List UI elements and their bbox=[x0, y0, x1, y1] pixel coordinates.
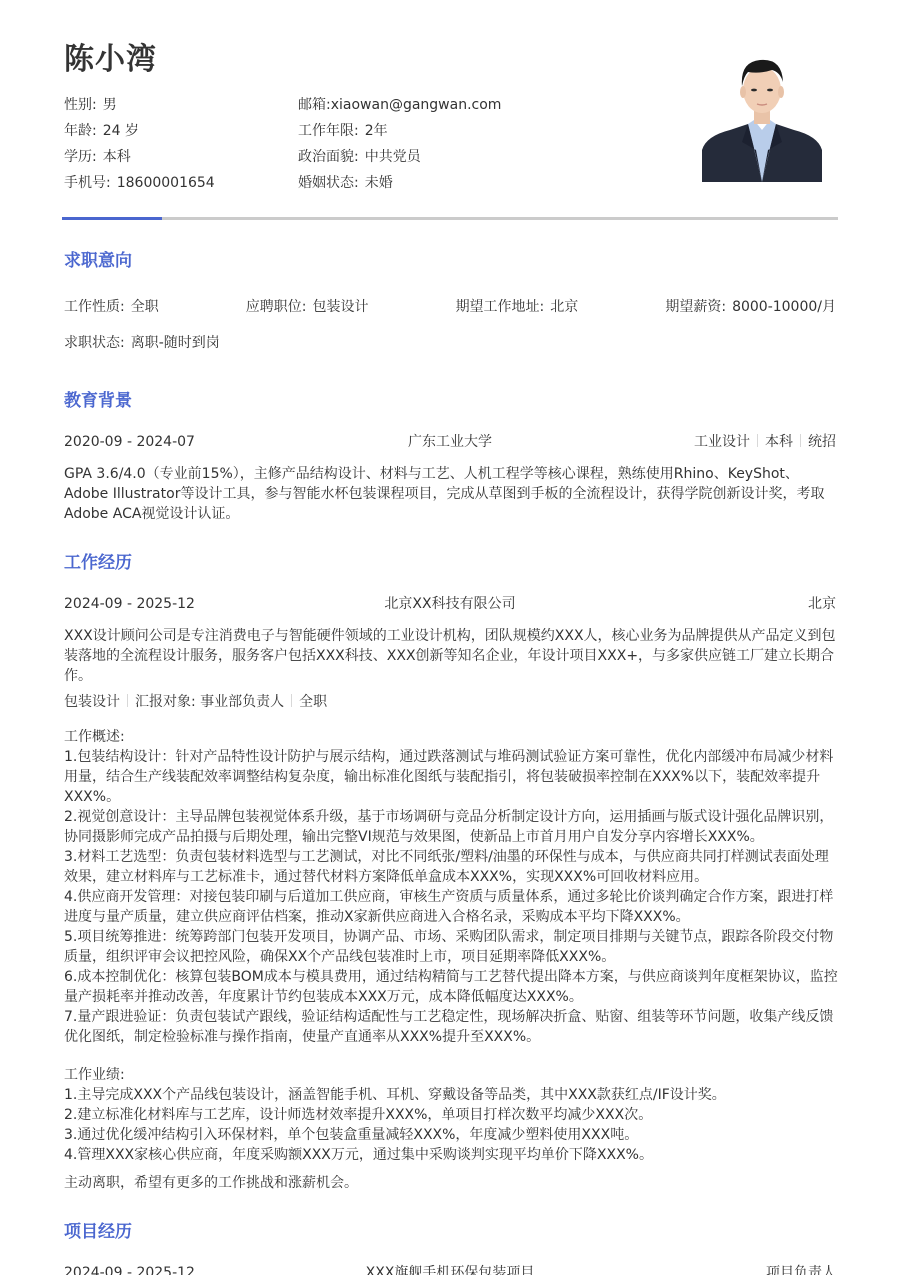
education-description: GPA 3.6/4.0（专业前15%），主修产品结构设计、材料与工艺、人机工程学… bbox=[64, 464, 838, 524]
info-age: 年龄:24 岁 bbox=[64, 120, 215, 146]
achievement-item: 2.建立标准化材料库与工艺库，设计师选材效率提升XXX%，单项目打样次数平均减少… bbox=[64, 1105, 838, 1125]
intent-location: 期望工作地址:北京 bbox=[456, 297, 579, 317]
intent-value: 8000-10000/月 bbox=[732, 299, 836, 315]
info-value: 男 bbox=[103, 97, 117, 113]
intent-value: 包装设计 bbox=[313, 299, 369, 315]
divider bbox=[800, 434, 801, 447]
info-label: 婚姻状态: bbox=[298, 175, 359, 191]
education-degree: 本科 bbox=[765, 434, 793, 450]
work-date: 2024-09 - 2025-12 bbox=[64, 594, 195, 614]
info-label: 邮箱: bbox=[298, 97, 331, 113]
info-value: xiaowan@gangwan.com bbox=[331, 97, 502, 113]
section-title-job-intent: 求职意向 bbox=[64, 249, 132, 273]
intent-label: 期望工作地址: bbox=[456, 299, 545, 315]
education-details: 工业设计本科统招 bbox=[694, 432, 836, 452]
info-value: 18600001654 bbox=[117, 175, 215, 191]
divider bbox=[291, 694, 292, 707]
overview-item: 5.项目统筹推进：统筹跨部门包装开发项目，协调产品、市场、采购团队需求，制定项目… bbox=[64, 927, 838, 967]
overview-item: 2.视觉创意设计：主导品牌包装视觉体系升级，基于市场调研与竞品分析制定设计方向，… bbox=[64, 807, 838, 847]
info-value: 2年 bbox=[365, 123, 388, 139]
info-value: 中共党员 bbox=[365, 149, 421, 165]
intent-label: 期望薪资: bbox=[665, 299, 726, 315]
info-label: 工作年限: bbox=[298, 123, 359, 139]
leave-reason: 主动离职，希望有更多的工作挑战和涨薪机会。 bbox=[64, 1173, 838, 1193]
info-label: 性别: bbox=[64, 97, 97, 113]
info-email: 邮箱:xiaowan@gangwan.com bbox=[298, 94, 501, 120]
info-value: 本科 bbox=[103, 149, 131, 165]
intent-job-type: 工作性质:全职 bbox=[64, 297, 159, 317]
intent-salary: 期望薪资:8000-10000/月 bbox=[665, 297, 836, 317]
company-intro: XXX设计顾问公司是专注消费电子与智能硬件领域的工业设计机构，团队规模约XXX人… bbox=[64, 626, 838, 686]
achievement-item: 1.主导完成XXX个产品线包装设计，涵盖智能手机、耳机、穿戴设备等品类，其中XX… bbox=[64, 1085, 838, 1105]
overview-item: 3.材料工艺选型：负责包装材料选型与工艺测试，对比不同纸张/塑料/油墨的环保性与… bbox=[64, 847, 838, 887]
basic-info-left: 性别:男 年龄:24 岁 学历:本科 手机号:18600001654 bbox=[64, 94, 215, 198]
intent-label: 求职状态: bbox=[64, 335, 125, 351]
profile-photo bbox=[702, 50, 822, 182]
info-work-years: 工作年限:2年 bbox=[298, 120, 501, 146]
info-value: 未婚 bbox=[365, 175, 393, 191]
work-tag: 汇报对象: 事业部负责人 bbox=[135, 694, 284, 710]
overview-item: 1.包装结构设计：针对产品特性设计防护与展示结构，通过跌落测试与堆码测试验证方案… bbox=[64, 747, 838, 807]
info-gender: 性别:男 bbox=[64, 94, 215, 120]
candidate-name: 陈小湾 bbox=[64, 40, 157, 80]
basic-info-right: 邮箱:xiaowan@gangwan.com 工作年限:2年 政治面貌:中共党员… bbox=[298, 94, 501, 198]
info-phone: 手机号:18600001654 bbox=[64, 172, 215, 198]
overview-title: 工作概述: bbox=[64, 727, 838, 747]
info-label: 政治面貌: bbox=[298, 149, 359, 165]
info-value: 24 岁 bbox=[103, 123, 139, 139]
info-label: 年龄: bbox=[64, 123, 97, 139]
intent-label: 工作性质: bbox=[64, 299, 125, 315]
divider bbox=[127, 694, 128, 707]
overview-item: 4.供应商开发管理：对接包装印刷与后道加工供应商，审核生产资质与质量体系，通过多… bbox=[64, 887, 838, 927]
work-tags: 包装设计汇报对象: 事业部负责人全职 bbox=[64, 692, 327, 712]
info-education: 学历:本科 bbox=[64, 146, 215, 172]
intent-label: 应聘职位: bbox=[246, 299, 307, 315]
intent-value: 北京 bbox=[550, 299, 578, 315]
intent-job-status: 求职状态:离职-随时到岗 bbox=[64, 333, 220, 353]
divider bbox=[757, 434, 758, 447]
info-label: 手机号: bbox=[64, 175, 111, 191]
project-role: 项目负责人 bbox=[766, 1263, 836, 1275]
intent-value: 离职-随时到岗 bbox=[131, 335, 220, 351]
info-marital-status: 婚姻状态:未婚 bbox=[298, 172, 501, 198]
section-title-education: 教育背景 bbox=[64, 389, 132, 413]
work-tag: 包装设计 bbox=[64, 694, 120, 710]
intent-value: 全职 bbox=[131, 299, 159, 315]
section-title-work: 工作经历 bbox=[64, 551, 132, 575]
work-location: 北京 bbox=[808, 594, 836, 614]
achievements-title: 工作业绩: bbox=[64, 1065, 838, 1085]
education-major: 工业设计 bbox=[694, 434, 750, 450]
info-label: 学历: bbox=[64, 149, 97, 165]
achievement-item: 4.管理XXX家核心供应商，年度采购额XXX万元，通过集中采购谈判实现平均单价下… bbox=[64, 1145, 838, 1165]
header-divider bbox=[62, 217, 838, 220]
project-date: 2024-09 - 2025-12 bbox=[64, 1263, 195, 1275]
work-tag: 全职 bbox=[299, 694, 327, 710]
info-political-status: 政治面貌:中共党员 bbox=[298, 146, 501, 172]
overview-item: 7.量产跟进验证：负责包装试产跟线，验证结构适配性与工艺稳定性，现场解决折盒、贴… bbox=[64, 1007, 838, 1047]
avatar-portrait-icon bbox=[702, 50, 822, 182]
achievement-item: 3.通过优化缓冲结构引入环保材料，单个包装盒重量减轻XXX%，年度减少塑料使用X… bbox=[64, 1125, 838, 1145]
work-achievements: 工作业绩: 1.主导完成XXX个产品线包装设计，涵盖智能手机、耳机、穿戴设备等品… bbox=[64, 1065, 838, 1165]
job-intent-row: 工作性质:全职 应聘职位:包装设计 期望工作地址:北京 期望薪资:8000-10… bbox=[64, 297, 836, 317]
section-title-projects: 项目经历 bbox=[64, 1220, 132, 1244]
education-type: 统招 bbox=[808, 434, 836, 450]
overview-item: 6.成本控制优化：核算包装BOM成本与模具费用，通过结构精简与工艺替代提出降本方… bbox=[64, 967, 838, 1007]
education-date: 2020-09 - 2024-07 bbox=[64, 432, 195, 452]
work-overview: 工作概述: 1.包装结构设计：针对产品特性设计防护与展示结构，通过跌落测试与堆码… bbox=[64, 727, 838, 1047]
header-divider-accent bbox=[62, 217, 162, 220]
intent-position: 应聘职位:包装设计 bbox=[246, 297, 369, 317]
